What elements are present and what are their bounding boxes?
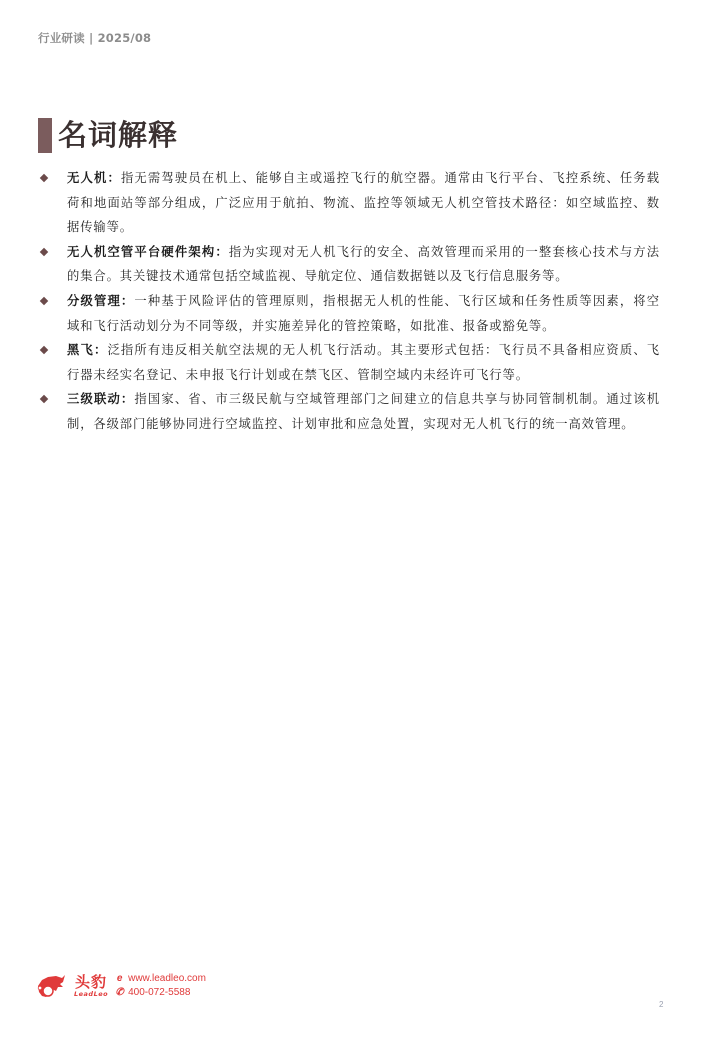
web-e-icon: e (114, 972, 125, 986)
brand-name-cn: 头豹 (75, 974, 107, 990)
glossary-item: 无人机空管平台硬件架构：指为实现对无人机飞行的安全、高效管理而采用的一整套核心技… (38, 240, 660, 289)
glossary-term: 分级管理： (67, 294, 134, 308)
glossary-list: 无人机：指无需驾驶员在机上、能够自主或遥控飞行的航空器。通常由飞行平台、飞控系统… (38, 166, 660, 437)
brand-name-en: LeadLeo (74, 990, 108, 999)
brand-name: 头豹 LeadLeo (74, 974, 108, 999)
glossary-term: 黑飞： (67, 343, 107, 357)
phone-icon: ✆ (114, 986, 125, 1000)
glossary-term: 无人机： (67, 171, 121, 185)
glossary-item: 黑飞：泛指所有违反相关航空法规的无人机飞行活动。其主要形式包括：飞行员不具备相应… (38, 338, 660, 387)
glossary-item: 三级联动：指国家、省、市三级民航与空域管理部门之间建立的信息共享与协同管制机制。… (38, 387, 660, 436)
glossary-term: 三级联动： (67, 392, 134, 406)
page-number: 2 (659, 1000, 663, 1009)
section-heading: 名词解释 (38, 117, 178, 153)
glossary-definition: 一种基于风险评估的管理原则，指根据无人机的性能、飞行区域和任务性质等因素，将空域… (67, 294, 660, 333)
glossary-definition: 泛指所有违反相关航空法规的无人机飞行活动。其主要形式包括：飞行员不具备相应资质、… (67, 343, 660, 382)
report-header: 行业研读 | 2025/08 (38, 30, 151, 46)
diamond-bullet-icon (40, 297, 48, 305)
title-accent-bar (38, 118, 52, 153)
glossary-definition: 指无需驾驶员在机上、能够自主或遥控飞行的航空器。通常由飞行平台、飞控系统、任务载… (67, 171, 660, 234)
phone-number: 400-072-5588 (128, 986, 190, 1000)
glossary-item: 分级管理：一种基于风险评估的管理原则，指根据无人机的性能、飞行区域和任务性质等因… (38, 289, 660, 338)
footer-logo: 头豹 LeadLeo e www.leadleo.com ✆ 400-072-5… (36, 972, 206, 1000)
section-title: 名词解释 (58, 117, 178, 153)
glossary-definition: 指国家、省、市三级民航与空域管理部门之间建立的信息共享与协同管制机制。通过该机制… (67, 392, 660, 431)
diamond-bullet-icon (40, 395, 48, 403)
diamond-bullet-icon (40, 248, 48, 256)
diamond-bullet-icon (40, 174, 48, 182)
phone-row: ✆ 400-072-5588 (114, 986, 206, 1000)
glossary-item: 无人机：指无需驾驶员在机上、能够自主或遥控飞行的航空器。通常由飞行平台、飞控系统… (38, 166, 660, 240)
leopard-head-icon (36, 972, 66, 1000)
glossary-term: 无人机空管平台硬件架构： (67, 245, 229, 259)
contact-info: e www.leadleo.com ✆ 400-072-5588 (114, 972, 206, 1000)
website-row: e www.leadleo.com (114, 972, 206, 986)
website-link[interactable]: www.leadleo.com (128, 972, 206, 986)
diamond-bullet-icon (40, 346, 48, 354)
